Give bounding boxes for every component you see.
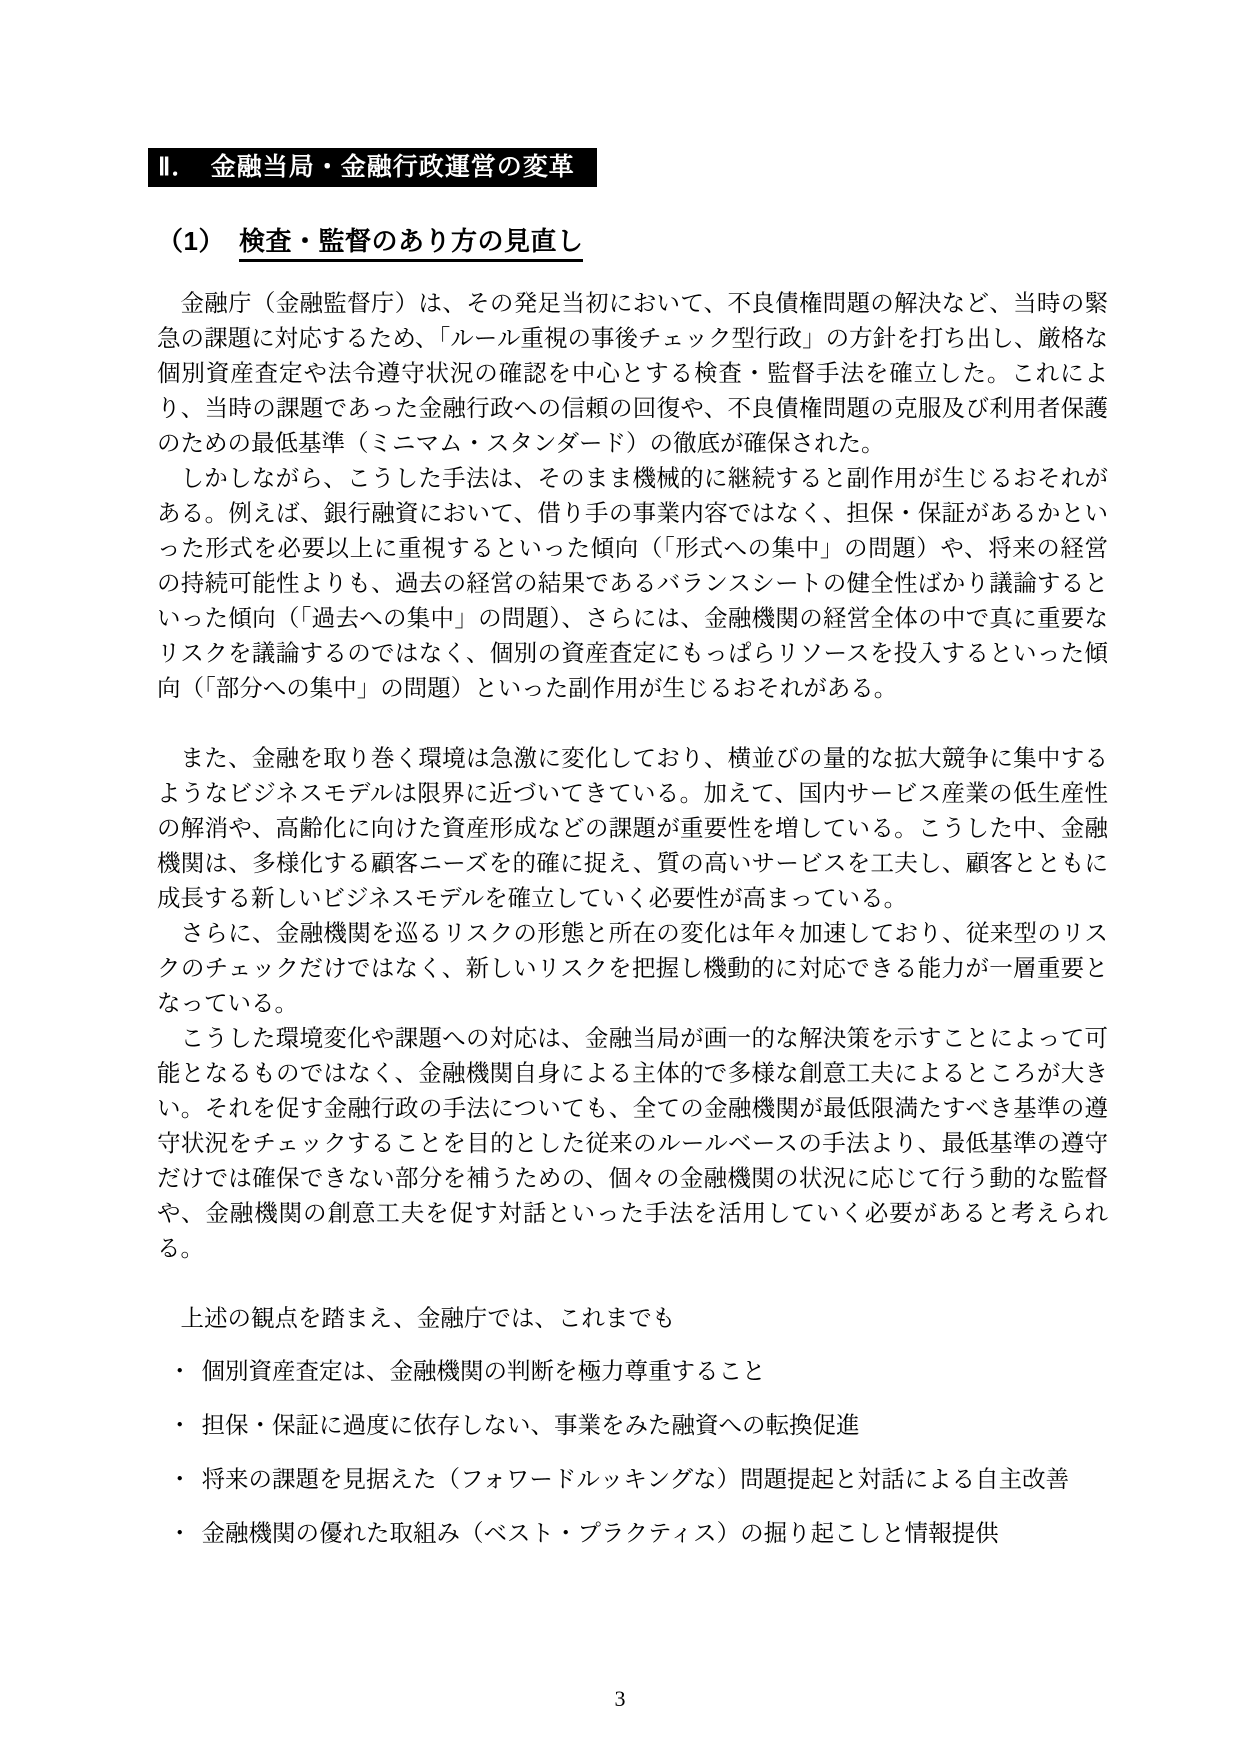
bullet-item: ・ 担保・保証に過度に依存しない、事業をみた融資への転換促進 [157, 1408, 1108, 1443]
bullet-text: 担保・保証に過度に依存しない、事業をみた融資への転換促進 [202, 1408, 860, 1443]
sub-heading-number: （1） [157, 226, 225, 256]
paragraph-4: さらに、金融機関を巡るリスクの形態と所在の変化は年々加速しており、従来型のリスク… [157, 916, 1108, 1021]
bullet-item: ・ 金融機関の優れた取組み（ベスト・プラクティス）の掘り起こしと情報提供 [157, 1516, 1108, 1551]
section-header-bar: Ⅱ． 金融当局・金融行政運営の変革 [148, 148, 597, 187]
paragraph-3: また、金融を取り巻く環境は急激に変化しており、横並びの量的な拡大競争に集中するよ… [157, 741, 1108, 916]
document-content: Ⅱ． 金融当局・金融行政運営の変革 （1）検査・監督のあり方の見直し 金融庁（金… [157, 148, 1108, 1551]
paragraph-6: 上述の観点を踏まえ、金融庁では、これまでも [157, 1301, 1108, 1336]
bullet-item: ・ 将来の課題を見据えた（フォワードルッキングな）問題提起と対話による自主改善 [157, 1462, 1108, 1497]
paragraph-2: しかしながら、こうした手法は、そのまま機械的に継続すると副作用が生じるおそれがあ… [157, 461, 1108, 706]
bullet-text: 金融機関の優れた取組み（ベスト・プラクティス）の掘り起こしと情報提供 [202, 1516, 999, 1551]
bullet-text: 個別資産査定は、金融機関の判断を極力尊重すること [202, 1354, 766, 1389]
bullet-marker: ・ [168, 1408, 192, 1443]
sub-heading-title: 検査・監督のあり方の見直し [239, 226, 584, 262]
page-number: 3 [0, 1686, 1240, 1712]
sub-heading: （1）検査・監督のあり方の見直し [157, 221, 1108, 258]
bullet-list: ・ 個別資産査定は、金融機関の判断を極力尊重すること ・ 担保・保証に過度に依存… [157, 1354, 1108, 1551]
paragraph-1: 金融庁（金融監督庁）は、その発足当初において、不良債権問題の解決など、当時の緊急… [157, 286, 1108, 461]
paragraph-5: こうした環境変化や課題への対応は、金融当局が画一的な解決策を示すことによって可能… [157, 1021, 1108, 1266]
bullet-marker: ・ [168, 1462, 192, 1497]
document-page: Ⅱ． 金融当局・金融行政運営の変革 （1）検査・監督のあり方の見直し 金融庁（金… [0, 0, 1240, 1755]
bullet-marker: ・ [168, 1354, 192, 1389]
body-text: 金融庁（金融監督庁）は、その発足当初において、不良債権問題の解決など、当時の緊急… [157, 286, 1108, 1551]
bullet-item: ・ 個別資産査定は、金融機関の判断を極力尊重すること [157, 1354, 1108, 1389]
bullet-marker: ・ [168, 1516, 192, 1551]
bullet-text: 将来の課題を見据えた（フォワードルッキングな）問題提起と対話による自主改善 [202, 1462, 1070, 1497]
